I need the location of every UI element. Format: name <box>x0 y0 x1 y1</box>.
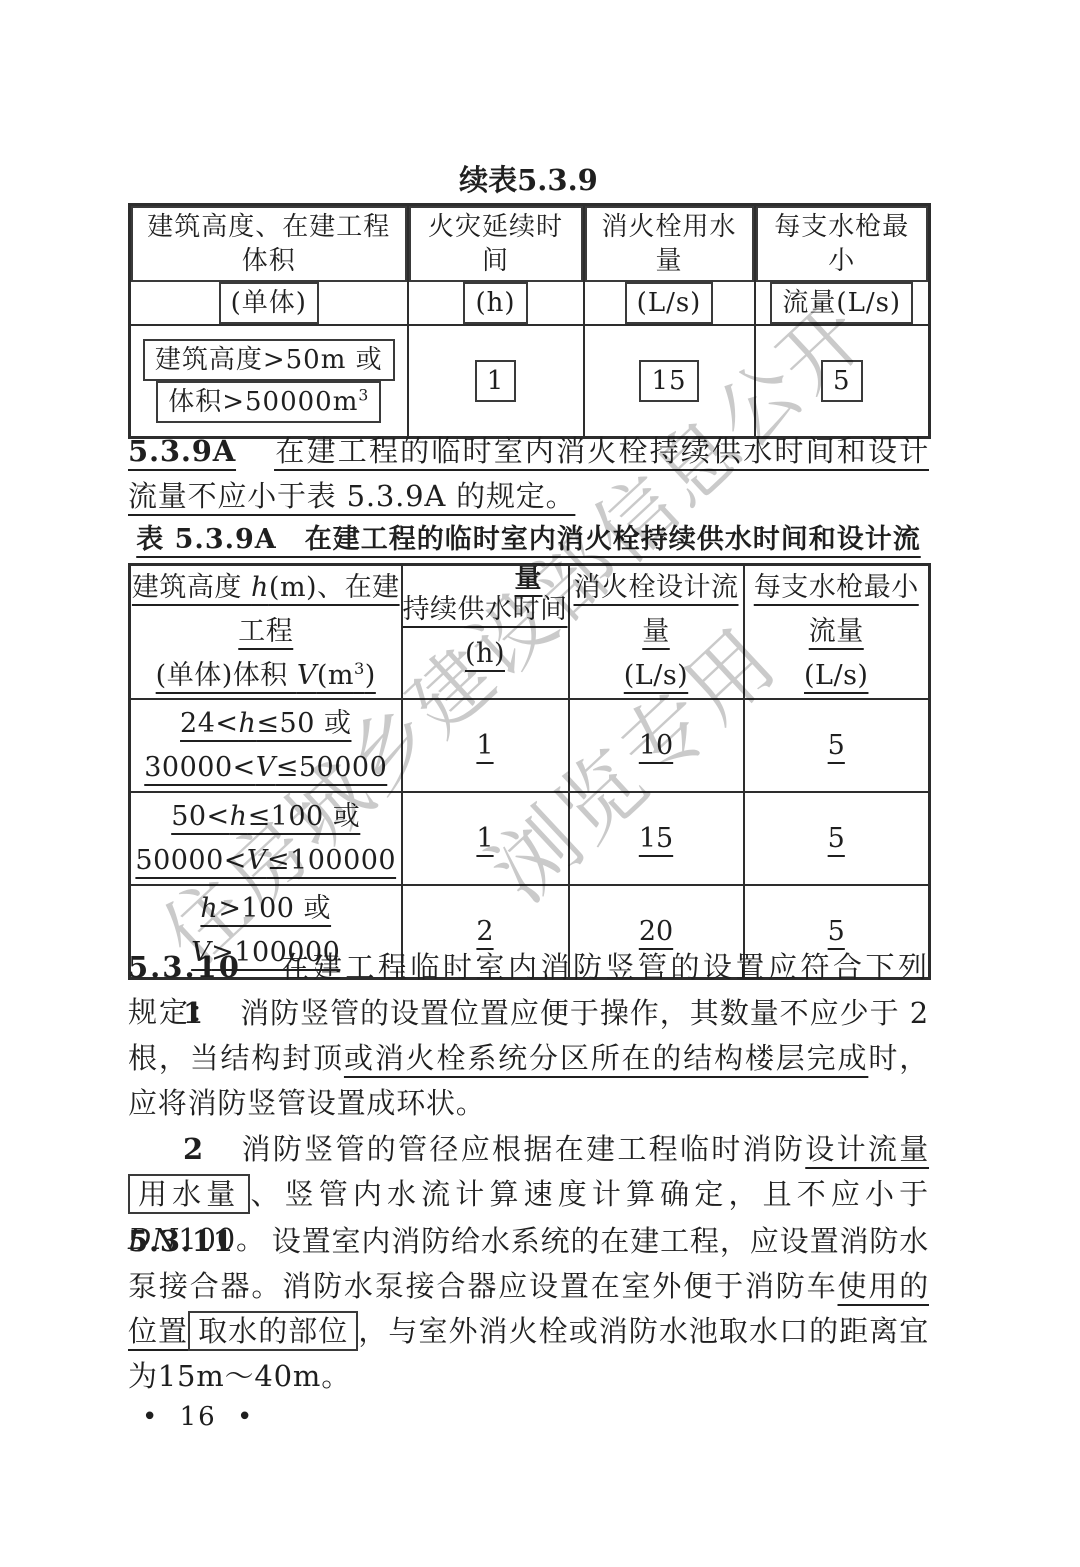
t1-header-col1-line2: (单体) <box>219 282 319 324</box>
table-539-continuation-title: 续表5.3.9 <box>128 158 929 199</box>
table-539A: 建筑高度 h(m)、在建工程 (单体)体积 V(m3) 持续供水时间 (h) 消… <box>128 563 931 980</box>
t1-header-col2-line1: 火灾延续时间 <box>409 206 583 282</box>
t1-header-col4-line2: 流量(L/s) <box>770 282 913 324</box>
t2-header-col2-line2: (h) <box>403 632 568 676</box>
table-row: 24<h≤50 或 30000<V≤50000 1 10 5 <box>130 699 930 792</box>
t2-r1-duration: 1 <box>402 699 569 792</box>
t1-header-col3: 消火栓用水量 (L/s) <box>584 205 755 326</box>
t2-r3-label-line1: h>100 或 <box>131 887 401 931</box>
t1-row-label: 建筑高度>50m 或 体积>50000m3 <box>130 325 408 437</box>
t1-header-col3-line2: (L/s) <box>625 282 714 324</box>
table-539-continuation: 建筑高度、在建工程体积 (单体) 火灾延续时间 (h) 消火栓用水量 (L/s)… <box>128 203 931 439</box>
clause-539A: 5.3.9A在建工程的临时室内消火栓持续供水时间和设计流量不应小于表 5.3.9… <box>128 429 929 519</box>
t1-header-col1: 建筑高度、在建工程体积 (单体) <box>130 205 408 326</box>
t1-row-label-line2-text: 体积>50000m <box>168 387 358 417</box>
t2-r2-minflow: 5 <box>744 792 930 885</box>
document-page: 住房城乡建设部信息公开 浏览专用 续表5.3.9 建筑高度、在建工程体积 (单体… <box>0 0 1080 1567</box>
t1-row-duration-cell: 1 <box>408 325 584 437</box>
t2-header-col1-line2: (单体)体积 V(m3) <box>131 654 401 698</box>
t2-r1-minflow: 5 <box>744 699 930 792</box>
t2-header-col4: 每支水枪最小流量 (L/s) <box>744 565 930 700</box>
item2-text-d: 、竖管内水流计算速度计算确定，且不应小于 <box>250 1177 929 1211</box>
table-header-row: 建筑高度 h(m)、在建工程 (单体)体积 V(m3) 持续供水时间 (h) 消… <box>130 565 930 700</box>
t2-r1-label-line2: 30000<V≤50000 <box>131 746 401 790</box>
item2-text-added: 设计流量 <box>805 1132 929 1166</box>
item2-text-a: 消防竖管的管径应根据在建工程临时消防 <box>240 1132 805 1166</box>
t2-r2-duration: 1 <box>402 792 569 885</box>
clause-5311-number: 5.3.11 <box>128 1224 272 1258</box>
item2-text-deleted-box: 用水量 <box>128 1174 250 1214</box>
t1-row-label-line2-sup: 3 <box>358 386 369 404</box>
t2-r2-label-line1: 50<h≤100 或 <box>131 795 401 839</box>
t1-header-col2: 火灾延续时间 (h) <box>408 205 584 326</box>
t2-header-col1-line1: 建筑高度 h(m)、在建工程 <box>131 566 401 654</box>
t1-row-minflow: 5 <box>821 360 863 402</box>
table-header-row: 建筑高度、在建工程体积 (单体) 火灾延续时间 (h) 消火栓用水量 (L/s)… <box>130 205 930 326</box>
t2-r2-label-line2: 50000<V≤100000 <box>131 839 401 883</box>
t2-header-col3-line2: (L/s) <box>570 654 743 698</box>
item1-text-added: 或消火栓系统分区所在的结构楼层完成 <box>344 1041 868 1075</box>
t2-header-col2: 持续供水时间 (h) <box>402 565 569 700</box>
t1-header-col3-line1: 消火栓用水量 <box>585 206 754 282</box>
t2-header-col2-line1: 持续供水时间 <box>403 588 568 632</box>
t2-header-col3: 消火栓设计流量 (L/s) <box>569 565 744 700</box>
t2-header-col3-line1: 消火栓设计流量 <box>570 566 743 654</box>
t2-r2-label: 50<h≤100 或 50000<V≤100000 <box>130 792 402 885</box>
t2-r2-flow: 15 <box>569 792 744 885</box>
clause-5311: 5.3.11设置室内消防给水系统的在建工程，应设置消防水泵接合器。消防水泵接合器… <box>128 1219 929 1399</box>
t1-header-col2-line2: (h) <box>463 282 527 324</box>
clause-5310-number: 5.3.10 <box>128 950 279 984</box>
t2-header-col4-line1: 每支水枪最小流量 <box>745 566 929 654</box>
t2-r1-label-line1: 24<h≤50 或 <box>131 702 401 746</box>
t1-row-flow: 15 <box>639 360 698 402</box>
clause-5311-text-deleted-box: 取水的部位 <box>188 1311 358 1351</box>
t1-row-label-line2: 体积>50000m3 <box>156 381 381 423</box>
t2-header-col4-line2: (L/s) <box>745 654 929 698</box>
t1-row-flow-cell: 15 <box>584 325 755 437</box>
t2-header-col1: 建筑高度 h(m)、在建工程 (单体)体积 V(m3) <box>130 565 402 700</box>
item2-number: 2 <box>183 1132 240 1166</box>
table-row: 建筑高度>50m 或 体积>50000m3 1 15 5 <box>130 325 930 437</box>
t1-header-col1-line1: 建筑高度、在建工程体积 <box>131 206 407 282</box>
t1-row-minflow-cell: 5 <box>755 325 930 437</box>
item1-number: 1 <box>183 996 240 1030</box>
t1-header-col4-line1: 每支水枪最小 <box>756 206 929 282</box>
table-row: 50<h≤100 或 50000<V≤100000 1 15 5 <box>130 792 930 885</box>
t1-header-col4: 每支水枪最小 流量(L/s) <box>755 205 930 326</box>
t2-r1-flow: 10 <box>569 699 744 792</box>
clause-5310-item1: 1消防竖管的设置位置应便于操作，其数量不应少于 2 根，当结构封顶或消火栓系统分… <box>128 991 929 1126</box>
t1-row-duration: 1 <box>475 360 517 402</box>
t1-row-label-line1: 建筑高度>50m 或 <box>143 339 395 381</box>
t2-r1-label: 24<h≤50 或 30000<V≤50000 <box>130 699 402 792</box>
page-number: • 16 • <box>142 1402 254 1432</box>
clause-539A-number: 5.3.9A <box>128 434 274 468</box>
